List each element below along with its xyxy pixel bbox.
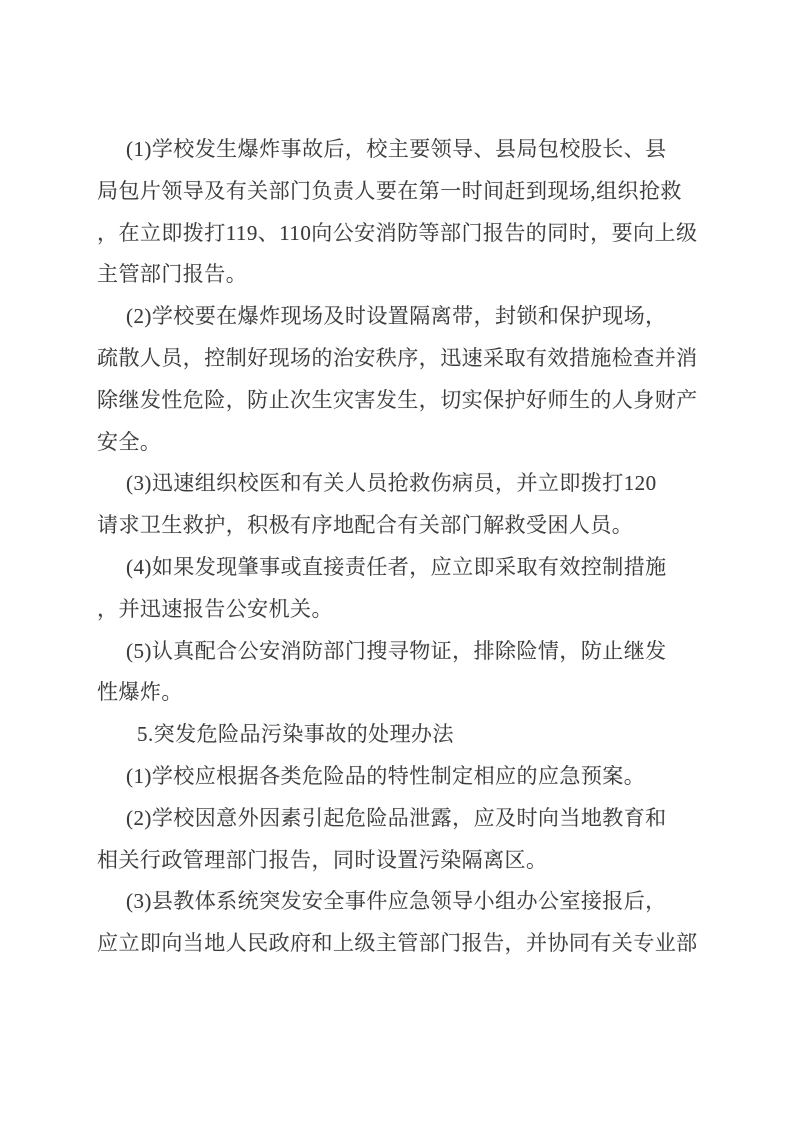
text-line: 性爆炸。 [97, 672, 697, 714]
text-line: 疏散人员，控制好现场的治安秩序，迅速采取有效措施检查并消 [97, 338, 697, 380]
paragraph-hazard-item-3: (3)县教体系统突发安全事件应急领导小组办公室接报后， 应立即向当地人民政府和上… [97, 881, 697, 965]
text-line: (4)如果发现肇事或直接责任者，应立即采取有效控制措施 [97, 547, 697, 589]
text-line: ，并迅速报告公安机关。 [97, 589, 697, 631]
text-line: (3)迅速组织校医和有关人员抢救伤病员，并立即拨打120 [97, 463, 697, 505]
text-line: 应立即向当地人民政府和上级主管部门报告，并协同有关专业部 [97, 923, 697, 965]
paragraph-hazard-item-2: (2)学校因意外因素引起危险品泄露，应及时向当地教育和 相关行政管理部门报告，同… [97, 798, 697, 882]
document-text-block: (1)学校发生爆炸事故后，校主要领导、县局包校股长、县 局包片领导及有关部门负责… [97, 129, 697, 965]
text-line: (2)学校因意外因素引起危险品泄露，应及时向当地教育和 [97, 798, 697, 840]
paragraph-hazard-item-1: (1)学校应根据各类危险品的特性制定相应的应急预案。 [97, 756, 697, 798]
text-line: (1)学校应根据各类危险品的特性制定相应的应急预案。 [97, 756, 697, 798]
text-line: (3)县教体系统突发安全事件应急领导小组办公室接报后， [97, 881, 697, 923]
text-line: 局包片领导及有关部门负责人要在第一时间赶到现场,组织抢救 [97, 171, 697, 213]
paragraph-explosion-item-3: (3)迅速组织校医和有关人员抢救伤病员，并立即拨打120 请求卫生救护，积极有序… [97, 463, 697, 547]
text-line: 主管部门报告。 [97, 254, 697, 296]
text-line: ，在立即拨打119、110向公安消防等部门报告的同时，要向上级 [97, 213, 697, 255]
section-heading-line: 5.突发危险品污染事故的处理办法 [97, 714, 697, 756]
text-line: 安全。 [97, 422, 697, 464]
paragraph-explosion-item-4: (4)如果发现肇事或直接责任者，应立即采取有效控制措施 ，并迅速报告公安机关。 [97, 547, 697, 631]
text-line: 除继发性危险，防止次生灾害发生，切实保护好师生的人身财产 [97, 380, 697, 422]
paragraph-explosion-item-2: (2)学校要在爆炸现场及时设置隔离带，封锁和保护现场， 疏散人员，控制好现场的治… [97, 296, 697, 463]
text-line: 请求卫生救护，积极有序地配合有关部门解救受困人员。 [97, 505, 697, 547]
section-heading-hazardous-materials: 5.突发危险品污染事故的处理办法 [97, 714, 697, 756]
text-line: 相关行政管理部门报告，同时设置污染隔离区。 [97, 840, 697, 882]
paragraph-explosion-item-5: (5)认真配合公安消防部门搜寻物证，排除险情，防止继发 性爆炸。 [97, 631, 697, 715]
text-line: (2)学校要在爆炸现场及时设置隔离带，封锁和保护现场， [97, 296, 697, 338]
document-page: (1)学校发生爆炸事故后，校主要领导、县局包校股长、县 局包片领导及有关部门负责… [0, 0, 793, 1122]
paragraph-explosion-item-1: (1)学校发生爆炸事故后，校主要领导、县局包校股长、县 局包片领导及有关部门负责… [97, 129, 697, 296]
text-line: (5)认真配合公安消防部门搜寻物证，排除险情，防止继发 [97, 631, 697, 673]
text-line: (1)学校发生爆炸事故后，校主要领导、县局包校股长、县 [97, 129, 697, 171]
